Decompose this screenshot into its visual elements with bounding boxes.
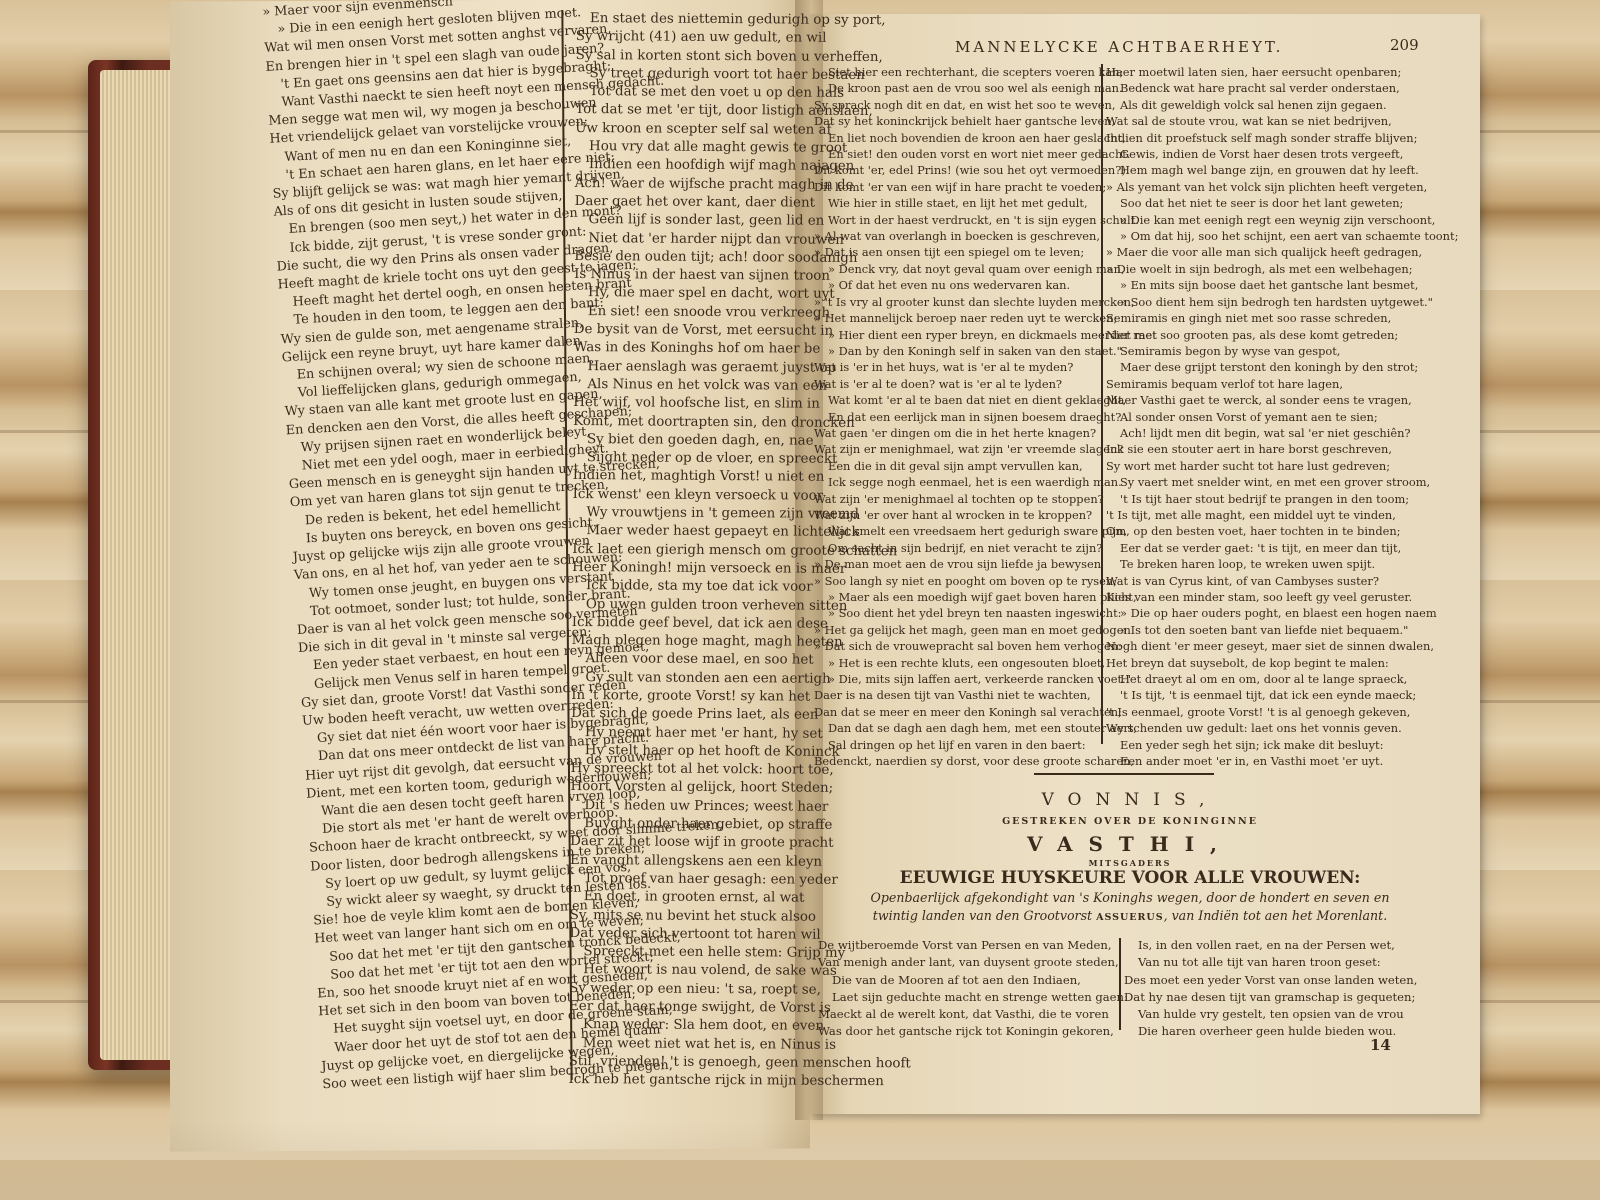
verse-line: Ick heb het gantsche rijck in mijn besch…	[568, 1071, 910, 1092]
shadow	[0, 1120, 1600, 1200]
verse-line: Wy schenden uw gedult: laet ons het vonn…	[1106, 720, 1458, 736]
verse-line: Laet sijn geduchte macht en strenge wett…	[818, 989, 1128, 1006]
description-text: , van Indiën tot aen het Morenlant.	[1164, 908, 1388, 923]
verse-line: » En mits sijn boose daet het gantsche l…	[1106, 277, 1458, 293]
verse-line: En staet des niettemin gedurigh op sy po…	[576, 10, 918, 31]
section-rule	[1034, 773, 1214, 775]
verse-line: Een yeder segh het sijn; ick make dit be…	[1106, 737, 1458, 753]
assuerus-name: ASSUERUS	[1096, 912, 1163, 923]
column-divider-rule	[1101, 64, 1103, 744]
running-head: MANNELYCKE ACHTBAERHEYT.	[955, 38, 1283, 56]
verse-line: Het breyn dat suysebolt, de kop begint t…	[1106, 655, 1458, 671]
verse-line: » Die op haer ouders poght, en blaest ee…	[1106, 605, 1458, 621]
verse-line: Semiramis bequam verlof tot hare lagen,	[1106, 376, 1458, 392]
verse-line: 't Is tijt, 't is eenmael tijt, dat ick …	[1106, 687, 1458, 703]
section-connector: MITSGADERS	[810, 858, 1450, 868]
verse-line: Wat is van Cyrus kint, of van Cambyses s…	[1106, 573, 1458, 589]
verse-line: Semiramis begon by wyse van gespot,	[1106, 343, 1458, 359]
verse-line: Van nu tot alle tijt van haren troon ges…	[1124, 954, 1417, 971]
verse-line: Gewis, indien de Vorst haer desen trots …	[1106, 146, 1458, 162]
verse-line: Niet met soo grooten pas, als dese komt …	[1106, 327, 1458, 343]
verse-line: Van menigh ander lant, van duysent groot…	[818, 954, 1128, 971]
verse-line: Al sonder onsen Vorst of yemant aen te s…	[1106, 409, 1458, 425]
verse-line: » Is tot den soeten bant van liefde niet…	[1106, 622, 1458, 638]
verse-line: Te breken haren loop, te wreken uwen spi…	[1106, 556, 1458, 572]
verse-line: Sy vaert met snelder wint, en met een gr…	[1106, 474, 1458, 490]
section-heading: EEUWIGE HUYSKEURE VOOR ALLE VROUWEN:	[810, 868, 1450, 888]
section-title-vonnis: VONNIS,	[810, 790, 1450, 810]
verse-line: Maer Vasthi gaet te werck, al sonder een…	[1106, 392, 1458, 408]
verse-line: » Die kan met eenigh regt een weynig zij…	[1106, 212, 1458, 228]
verse-line: » Soo dient hem sijn bedrogh ten hardste…	[1106, 294, 1458, 310]
signature-mark: 14	[1370, 1036, 1391, 1054]
verse-line: Die van de Mooren af tot aen den Indiaen…	[818, 972, 1128, 989]
verse-line: Des moet een yeder Vorst van onse landen…	[1124, 972, 1417, 989]
verse-line: Kies van een minder stam, soo leeft gy v…	[1106, 589, 1458, 605]
page-number: 209	[1390, 36, 1419, 54]
verse-line: » Die woelt in sijn bedrogh, als met een…	[1106, 261, 1458, 277]
section-title-vasthi: VASTHI,	[810, 832, 1450, 856]
right-page-column-2: Haer moetwil laten sien, haer eersucht o…	[1106, 64, 1458, 769]
verse-line: Bedenck wat hare pracht sal verder onder…	[1106, 80, 1458, 96]
verse-line: Van hulde vry gestelt, ten opsien van de…	[1124, 1006, 1417, 1023]
verse-line: Een ander moet 'er in, en Vasthi moet 'e…	[1106, 753, 1458, 769]
verse-line: Dat hy nae desen tijt van gramschap is g…	[1124, 989, 1417, 1006]
decree-column-2: Is, in den vollen raet, en na der Persen…	[1124, 937, 1417, 1041]
verse-line: Eer dat se verder gaet: 't is tijt, en m…	[1106, 540, 1458, 556]
verse-line: » Als yemant van het volck sijn plichten…	[1106, 179, 1458, 195]
verse-line: » Om dat hij, soo het schijnt, een aert …	[1106, 228, 1458, 244]
verse-line: » Maer die voor alle man sich qualijck h…	[1106, 244, 1458, 260]
verse-line: Haer moetwil laten sien, haer eersucht o…	[1106, 64, 1458, 80]
verse-line: Maeckt al de werelt kont, dat Vasthi, di…	[818, 1006, 1128, 1023]
verse-line: De wijtberoemde Vorst van Persen en van …	[818, 937, 1128, 954]
verse-line: Ick sie een stouter aert in hare borst g…	[1106, 441, 1458, 457]
verse-line: Als dit geweldigh volck sal henen zijn g…	[1106, 97, 1458, 113]
verse-line: Stil, vrienden! 't is genoegh, geen mens…	[569, 1053, 911, 1074]
verse-line: Hem magh wel bange zijn, en grouwen dat …	[1106, 162, 1458, 178]
section-description-line-1: Openbaerlijck afgekondight van 's Koning…	[810, 890, 1450, 905]
verse-line: 't Is tijt, met alle maght, een middel u…	[1106, 507, 1458, 523]
decree-column-1: De wijtberoemde Vorst van Persen en van …	[818, 937, 1128, 1041]
section-subtitle: GESTREKEN OVER DE KONINGINNE	[810, 816, 1450, 827]
description-text: twintig landen van den Grootvorst	[873, 908, 1092, 923]
column-divider-rule	[1119, 938, 1121, 1030]
verse-line: Wat sal de stoute vrou, wat kan se niet …	[1106, 113, 1458, 129]
verse-line: Om, op den besten voet, haer tochten in …	[1106, 523, 1458, 539]
verse-line: Is, in den vollen raet, en na der Persen…	[1124, 937, 1417, 954]
verse-line: Sy wrijcht (41) aen uw gedult, en wil	[576, 28, 918, 49]
section-title-block: VONNIS, GESTREKEN OVER DE KONINGINNE VAS…	[810, 780, 1450, 920]
verse-line: Maer dese grijpt terstont den koningh by…	[1106, 359, 1458, 375]
verse-line: Ach! lijdt men dit begin, wat sal 'er ni…	[1106, 425, 1458, 441]
verse-line: Was door het gantsche rijck tot Koningin…	[818, 1023, 1128, 1040]
verse-line: Sy wort met harder sucht tot hare lust g…	[1106, 458, 1458, 474]
verse-line: Soo dat het niet te seer is door het lan…	[1106, 195, 1458, 211]
verse-line: 't Is tijt haer stout bedrijf te prangen…	[1106, 491, 1458, 507]
verse-line: Semiramis en gingh niet met soo rasse sc…	[1106, 310, 1458, 326]
verse-line: Het draeyt al om en om, door al te lange…	[1106, 671, 1458, 687]
verse-line: Indien dit proefstuck self magh sonder s…	[1106, 130, 1458, 146]
section-description-line-2: twintig landen van den Grootvorst ASSUER…	[810, 908, 1450, 923]
verse-line: 't Is eenmael, groote Vorst! 't is al ge…	[1106, 704, 1458, 720]
verse-line: Nogh dient 'er meer geseyt, maer siet de…	[1106, 638, 1458, 654]
